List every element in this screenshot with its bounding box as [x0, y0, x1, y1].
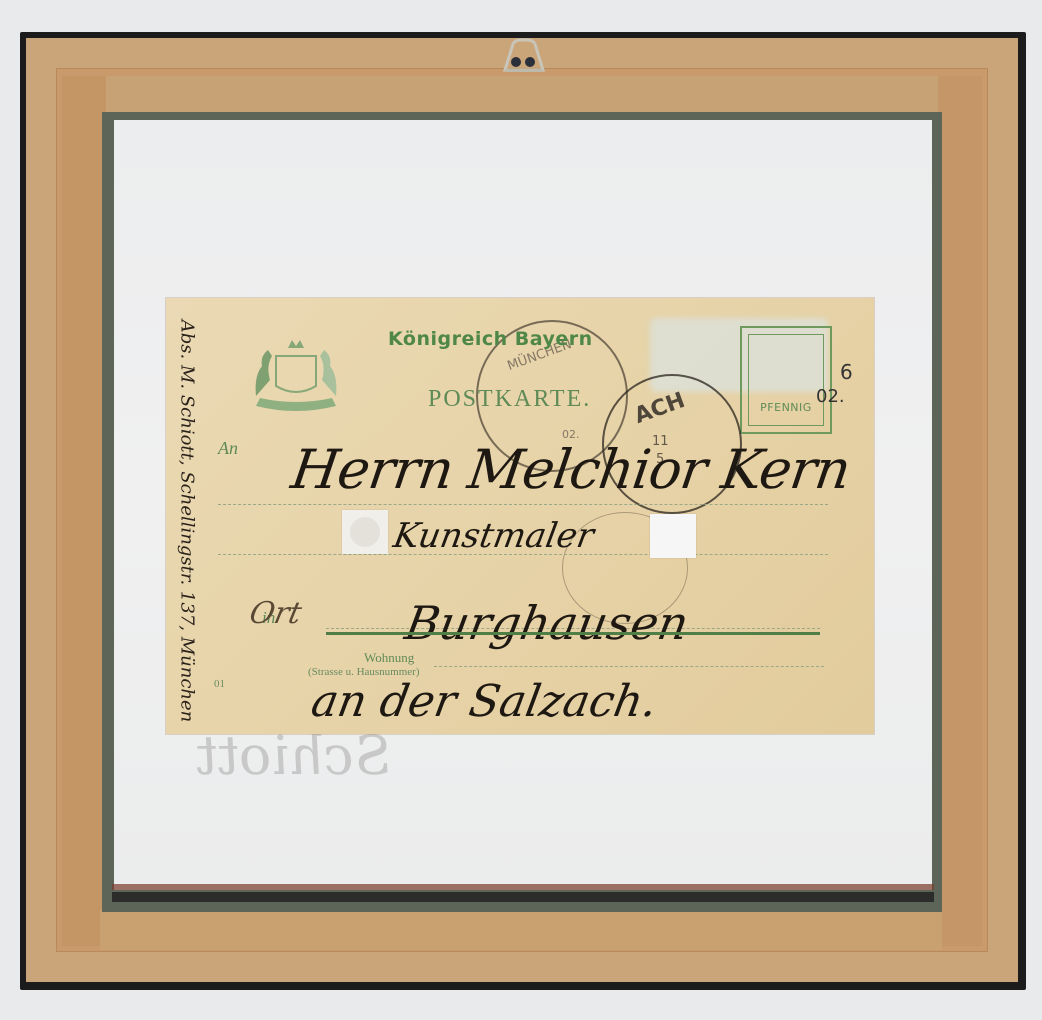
hanger-icon: [497, 38, 549, 76]
recipient-town: Burghausen: [401, 596, 693, 650]
sender-margin-note: Abs. M. Schiott, Schellingstr. 137, Münc…: [172, 316, 202, 726]
label-an: An: [218, 438, 238, 459]
sender-text: Abs. M. Schiott, Schellingstr. 137, Münc…: [177, 320, 198, 723]
postcard: MÜNCHEN 02. Königreich Bayern POSTKARTE.…: [166, 298, 874, 734]
coat-of-arms-icon: [236, 336, 356, 416]
mounting-corner-left: [342, 510, 388, 554]
glass-bottom-edge: [112, 884, 934, 890]
mounting-corner-right: [650, 514, 696, 558]
frame-rebate-bottom: [100, 910, 942, 950]
recipient-name: Herrn Melchior Kern: [288, 438, 854, 501]
left-handwritten-mark: Ort: [246, 596, 304, 631]
postage-stamp: PFENNIG: [740, 326, 832, 434]
recipient-profession: Kunstmaler: [390, 516, 596, 556]
glass-bottom-shadow: [112, 892, 934, 902]
address-line-1: [218, 504, 828, 505]
card-subtitle: POSTKARTE.: [428, 386, 591, 413]
recipient-region: an der Salzach.: [308, 676, 662, 727]
label-wohnung: Wohnung: [364, 650, 414, 666]
card-title: Königreich Bayern: [388, 328, 593, 350]
frame-rebate-left: [62, 76, 106, 946]
frame-rebate-right: [938, 76, 982, 946]
stamp-cancel-day: 6: [840, 360, 853, 384]
form-code: 01: [214, 678, 225, 690]
address-line-4: [434, 666, 824, 667]
frame-rebate-top: [100, 76, 942, 114]
strike-line: [326, 632, 820, 635]
stamp-cancel-year: 02.: [816, 386, 845, 407]
